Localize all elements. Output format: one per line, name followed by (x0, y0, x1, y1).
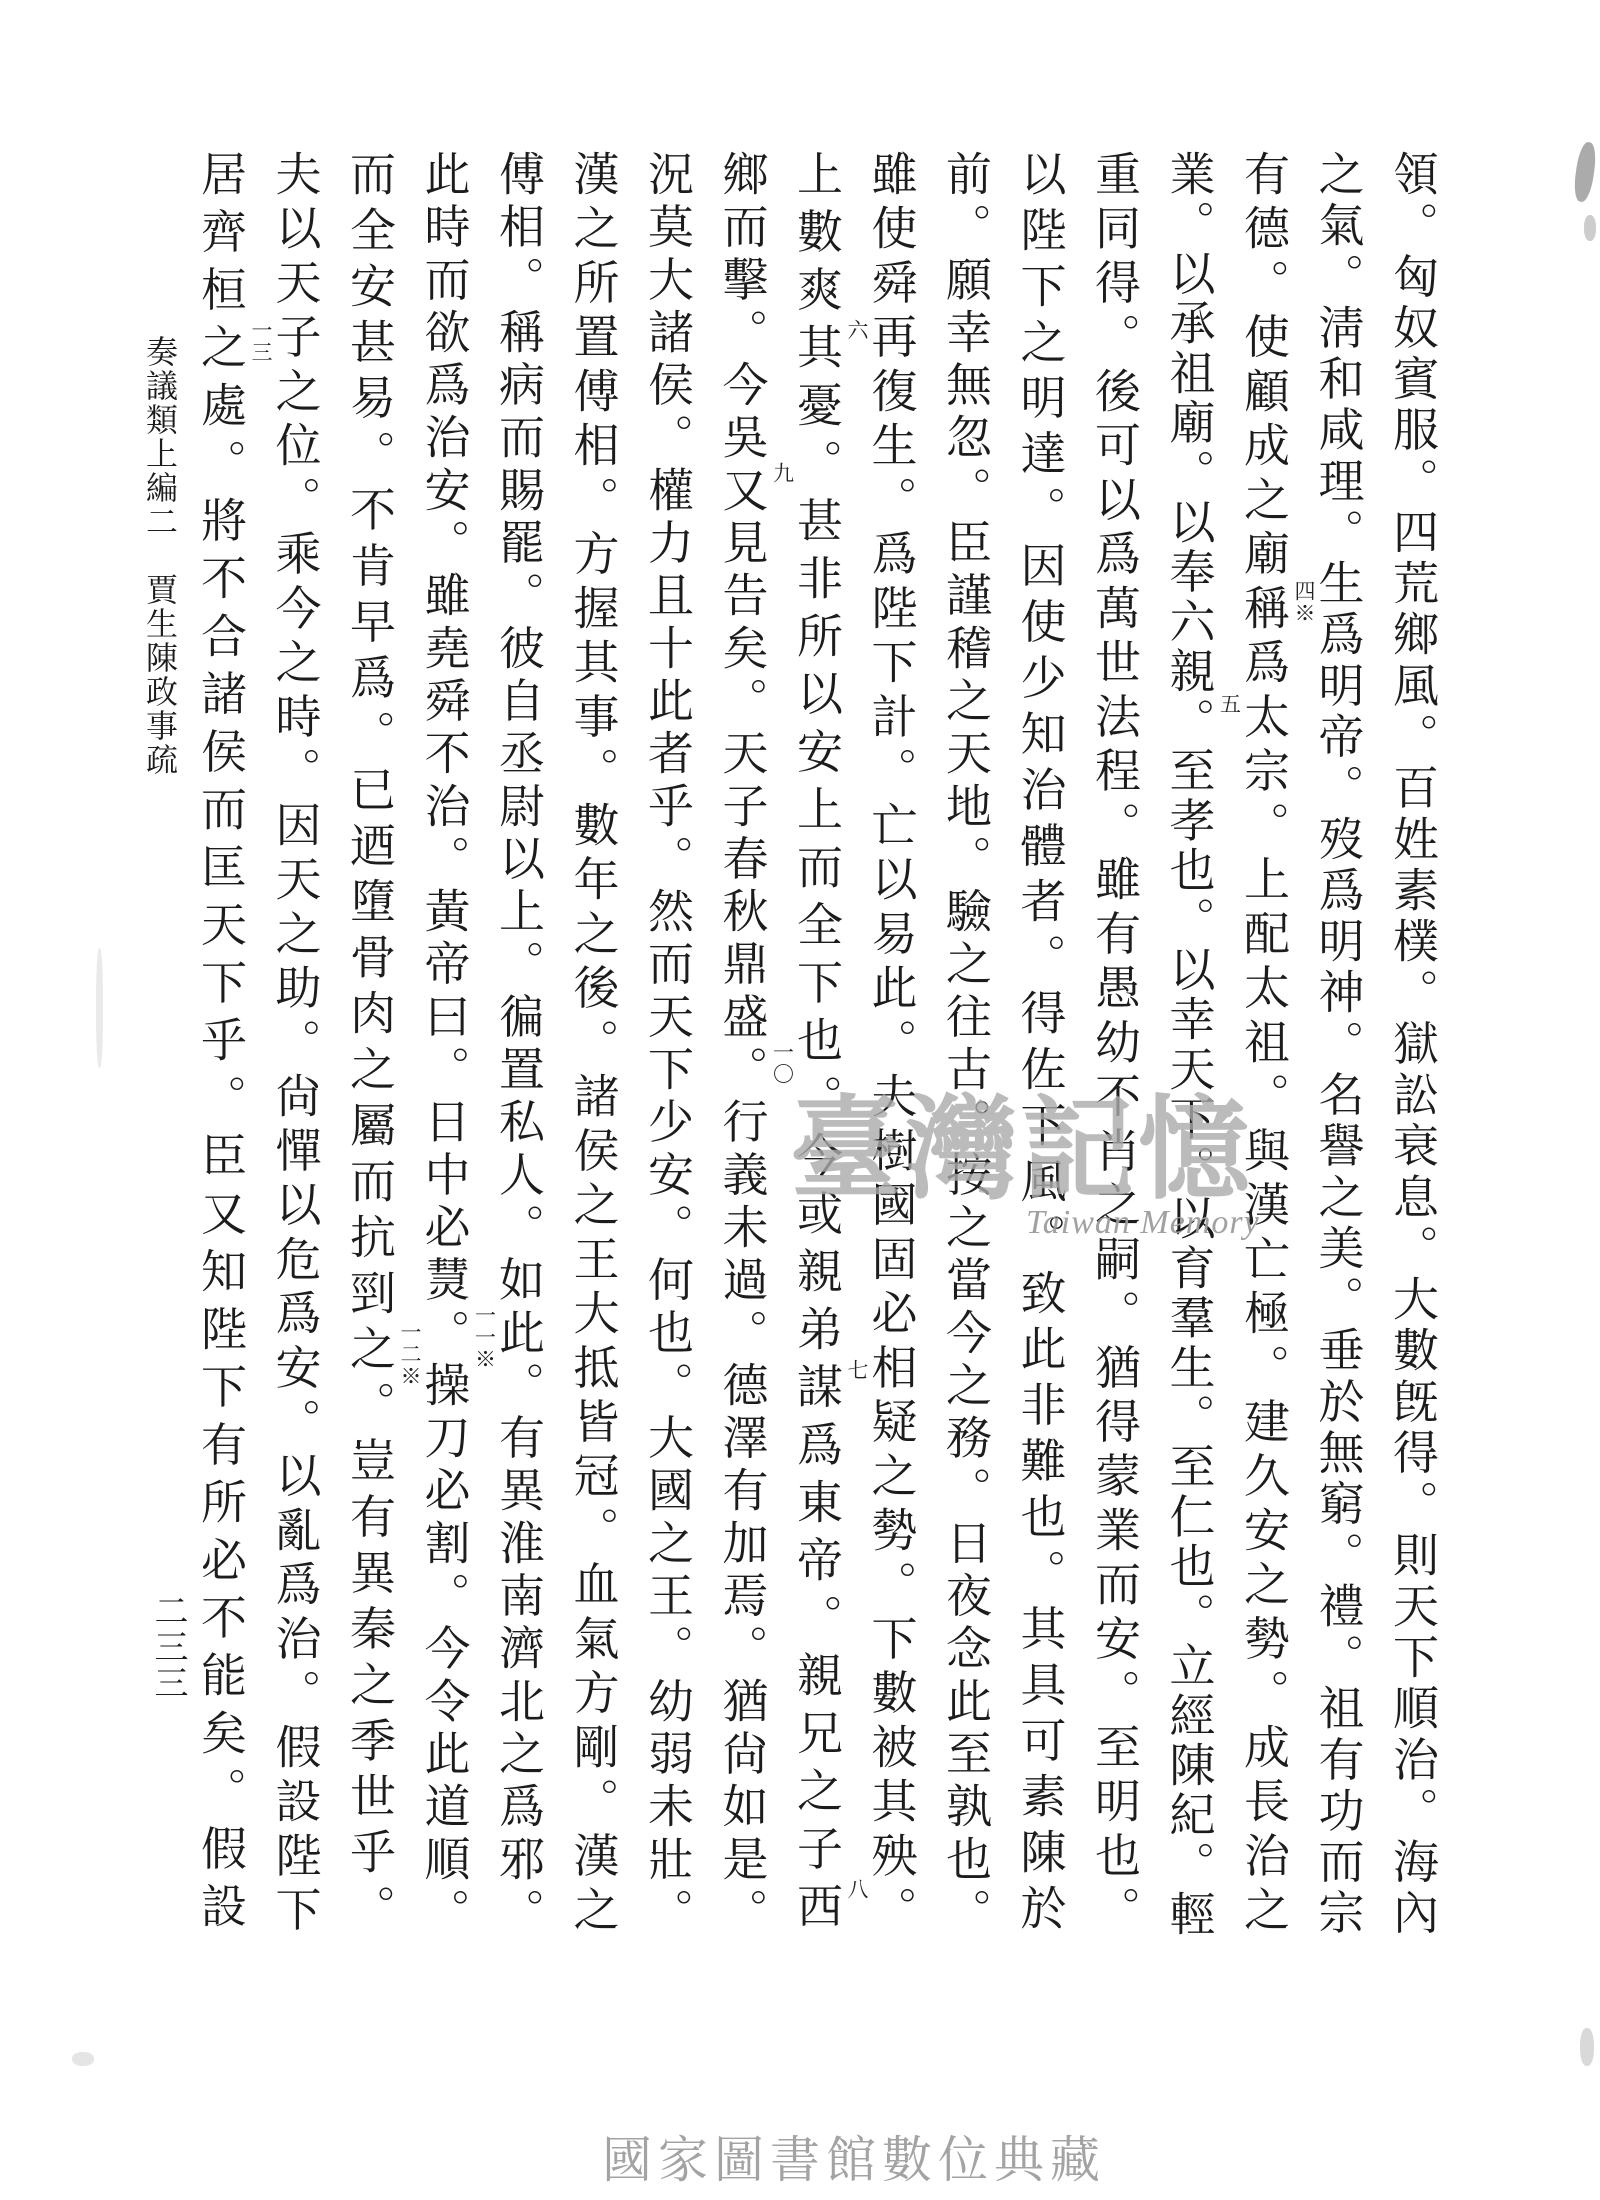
scanned-book-page: 領。匈奴賓服。四荒鄉風。百姓素樸。獄訟衰息。大數旣得。則天下順治。海內之氣。淸和… (0, 0, 1600, 2200)
text-column: 以陛下之明達。因使少知治體者。得佐下風。致此非難也。其具可素陳於 (1003, 150, 1078, 1945)
watermark-taiwan-memory-cjk: 臺灣記憶 (790, 1088, 1254, 1211)
text-column: 重同得。後可以爲萬世法程。雖有愚幼不肖之嗣。猶得蒙業而安。至明也。 (1078, 150, 1153, 1945)
text-column: 傅相。稱病而賜罷。彼自丞尉以上。徧置私人。如此。有異淮南濟北之爲邪。 (482, 150, 557, 1945)
text-column: 領。匈奴賓服。四荒鄉風。百姓素樸。獄訟衰息。大數旣得。則天下順治。海內 (1376, 150, 1451, 1945)
text-column: 而全安甚易。不肯早爲。已迺墮骨肉之屬而抗剄一二※之。豈有異秦之季世乎。 (333, 150, 408, 1945)
text-column: 雖使舜再復生。爲陛下計。亡以易此。夫樹國固必相疑之勢。下數被其殃。 (854, 150, 929, 1945)
page-number: 二三三 (138, 1593, 198, 1723)
scan-artifact (1584, 215, 1596, 241)
text-column: 鄉而擊。今吳九又見告矣。天子春秋鼎盛一〇。行義未過。德澤有加焉。猶尙如是。 (705, 150, 780, 1945)
text-column: 有德。使顧成之廟四※稱爲太宗。上配太祖。與漢亡極。建久安之勢。成長治之 (1227, 150, 1302, 1945)
scan-artifact (1572, 141, 1598, 203)
scan-artifact (1580, 2028, 1594, 2066)
text-column: 況莫大諸侯。權力且十此者乎。然而天下少安。何也。大國之王。幼弱未壯。 (631, 150, 706, 1945)
text-column: 此時而欲爲治安。雖堯舜不治。黃帝曰。日中必熭一一※。操刀必割。今令此道順。 (407, 150, 482, 1945)
text-column: 前。願幸無忽。臣謹稽之天地。驗之往古。按之當今之務。日夜念此至孰也。 (929, 150, 1004, 1945)
text-column: 之氣。淸和咸理。生爲明帝。歿爲明神。名譽之美。垂於無窮。禮。祖有功而宗 (1301, 150, 1376, 1945)
text-block: 領。匈奴賓服。四荒鄉風。百姓素樸。獄訟衰息。大數旣得。則天下順治。海內之氣。淸和… (183, 150, 1450, 1945)
repository-caption: 國家圖書館數位典藏 (602, 2120, 1106, 2192)
text-column: 業。以承祖廟。以奉六親五。至孝也。以幸天下。以育羣生。至仁也。立經陳紀。輕 (1152, 150, 1227, 1945)
side-header-title: 奏議類上編二 賈生陳政事疏 (130, 335, 190, 795)
scan-artifact (72, 2052, 94, 2066)
scan-artifact (96, 948, 103, 1068)
text-column: 漢之所置傅相。方握其事。數年之後。諸侯之王大抵皆冠。血氣方剛。漢之 (556, 150, 631, 1945)
text-column: 夫以天子之位。乘今之時。因天之助。尙憚以危爲安。以亂爲治。假設陛下 (258, 150, 333, 1945)
watermark-taiwan-memory-en: Taiwan Memory (1026, 1204, 1260, 1242)
